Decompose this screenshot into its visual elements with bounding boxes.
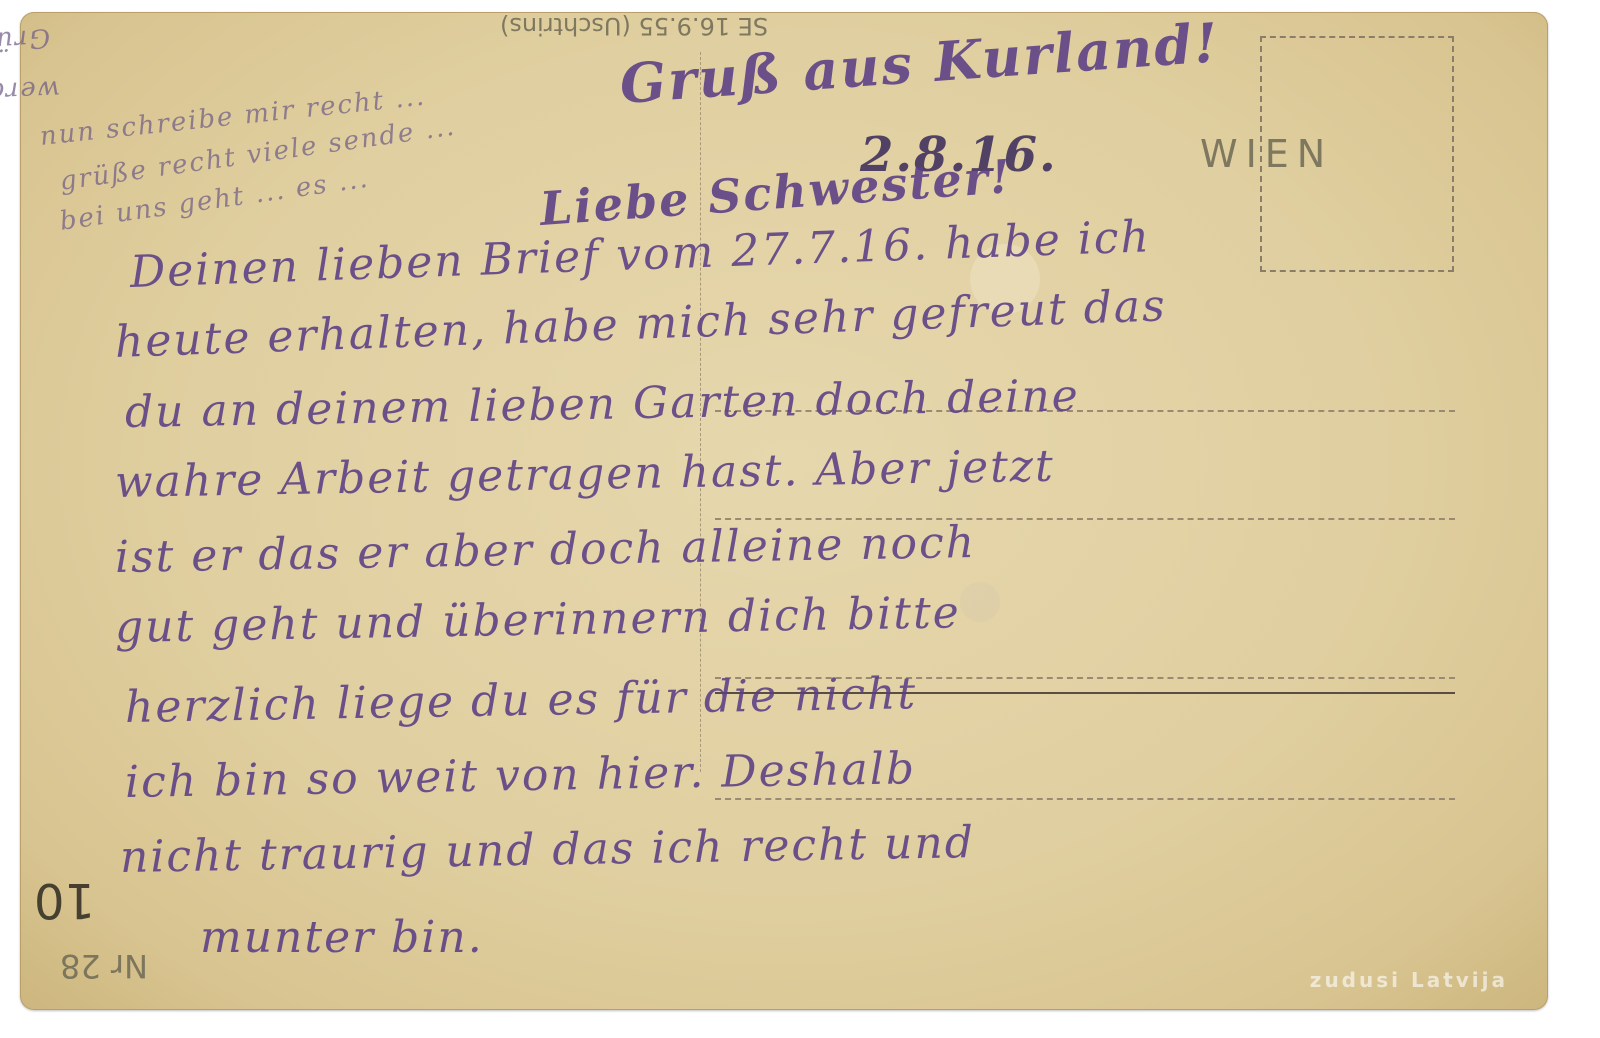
postcard: WIEN SE 16.9.55 (Uschtrins) Gruß aus Kur… xyxy=(20,12,1548,1010)
paper-stain xyxy=(960,582,1000,622)
address-rule xyxy=(715,798,1455,800)
body-line: munter bin. xyxy=(200,912,484,963)
archive-pencil-note: SE 16.9.55 (Uschtrins) xyxy=(500,12,768,40)
watermark: zudusi Latvija xyxy=(1310,968,1508,992)
body-line: herzlich liege du es für die nicht xyxy=(125,668,918,733)
margin-line: Grüße an ... und die ... xyxy=(0,22,51,76)
stamp-pencil-note: WIEN xyxy=(1200,132,1333,176)
margin-line: werden auch alle gesund xyxy=(0,74,61,117)
body-line: heute erhalten, habe mich sehr gefreut d… xyxy=(114,280,1167,368)
body-line: nicht traurig und das ich recht und xyxy=(120,817,976,883)
body-line: gut geht und überinnern dich bitte xyxy=(115,587,962,653)
body-line: ist er das er aber doch alleine noch xyxy=(115,517,977,583)
archive-number: 10 xyxy=(34,872,95,928)
archive-pencil-number: Nr 28 xyxy=(60,947,148,985)
body-line: du an deinem lieben Garten doch deine xyxy=(125,370,1081,438)
body-line: wahre Arbeit getragen hast. Aber jetzt xyxy=(115,441,1056,508)
